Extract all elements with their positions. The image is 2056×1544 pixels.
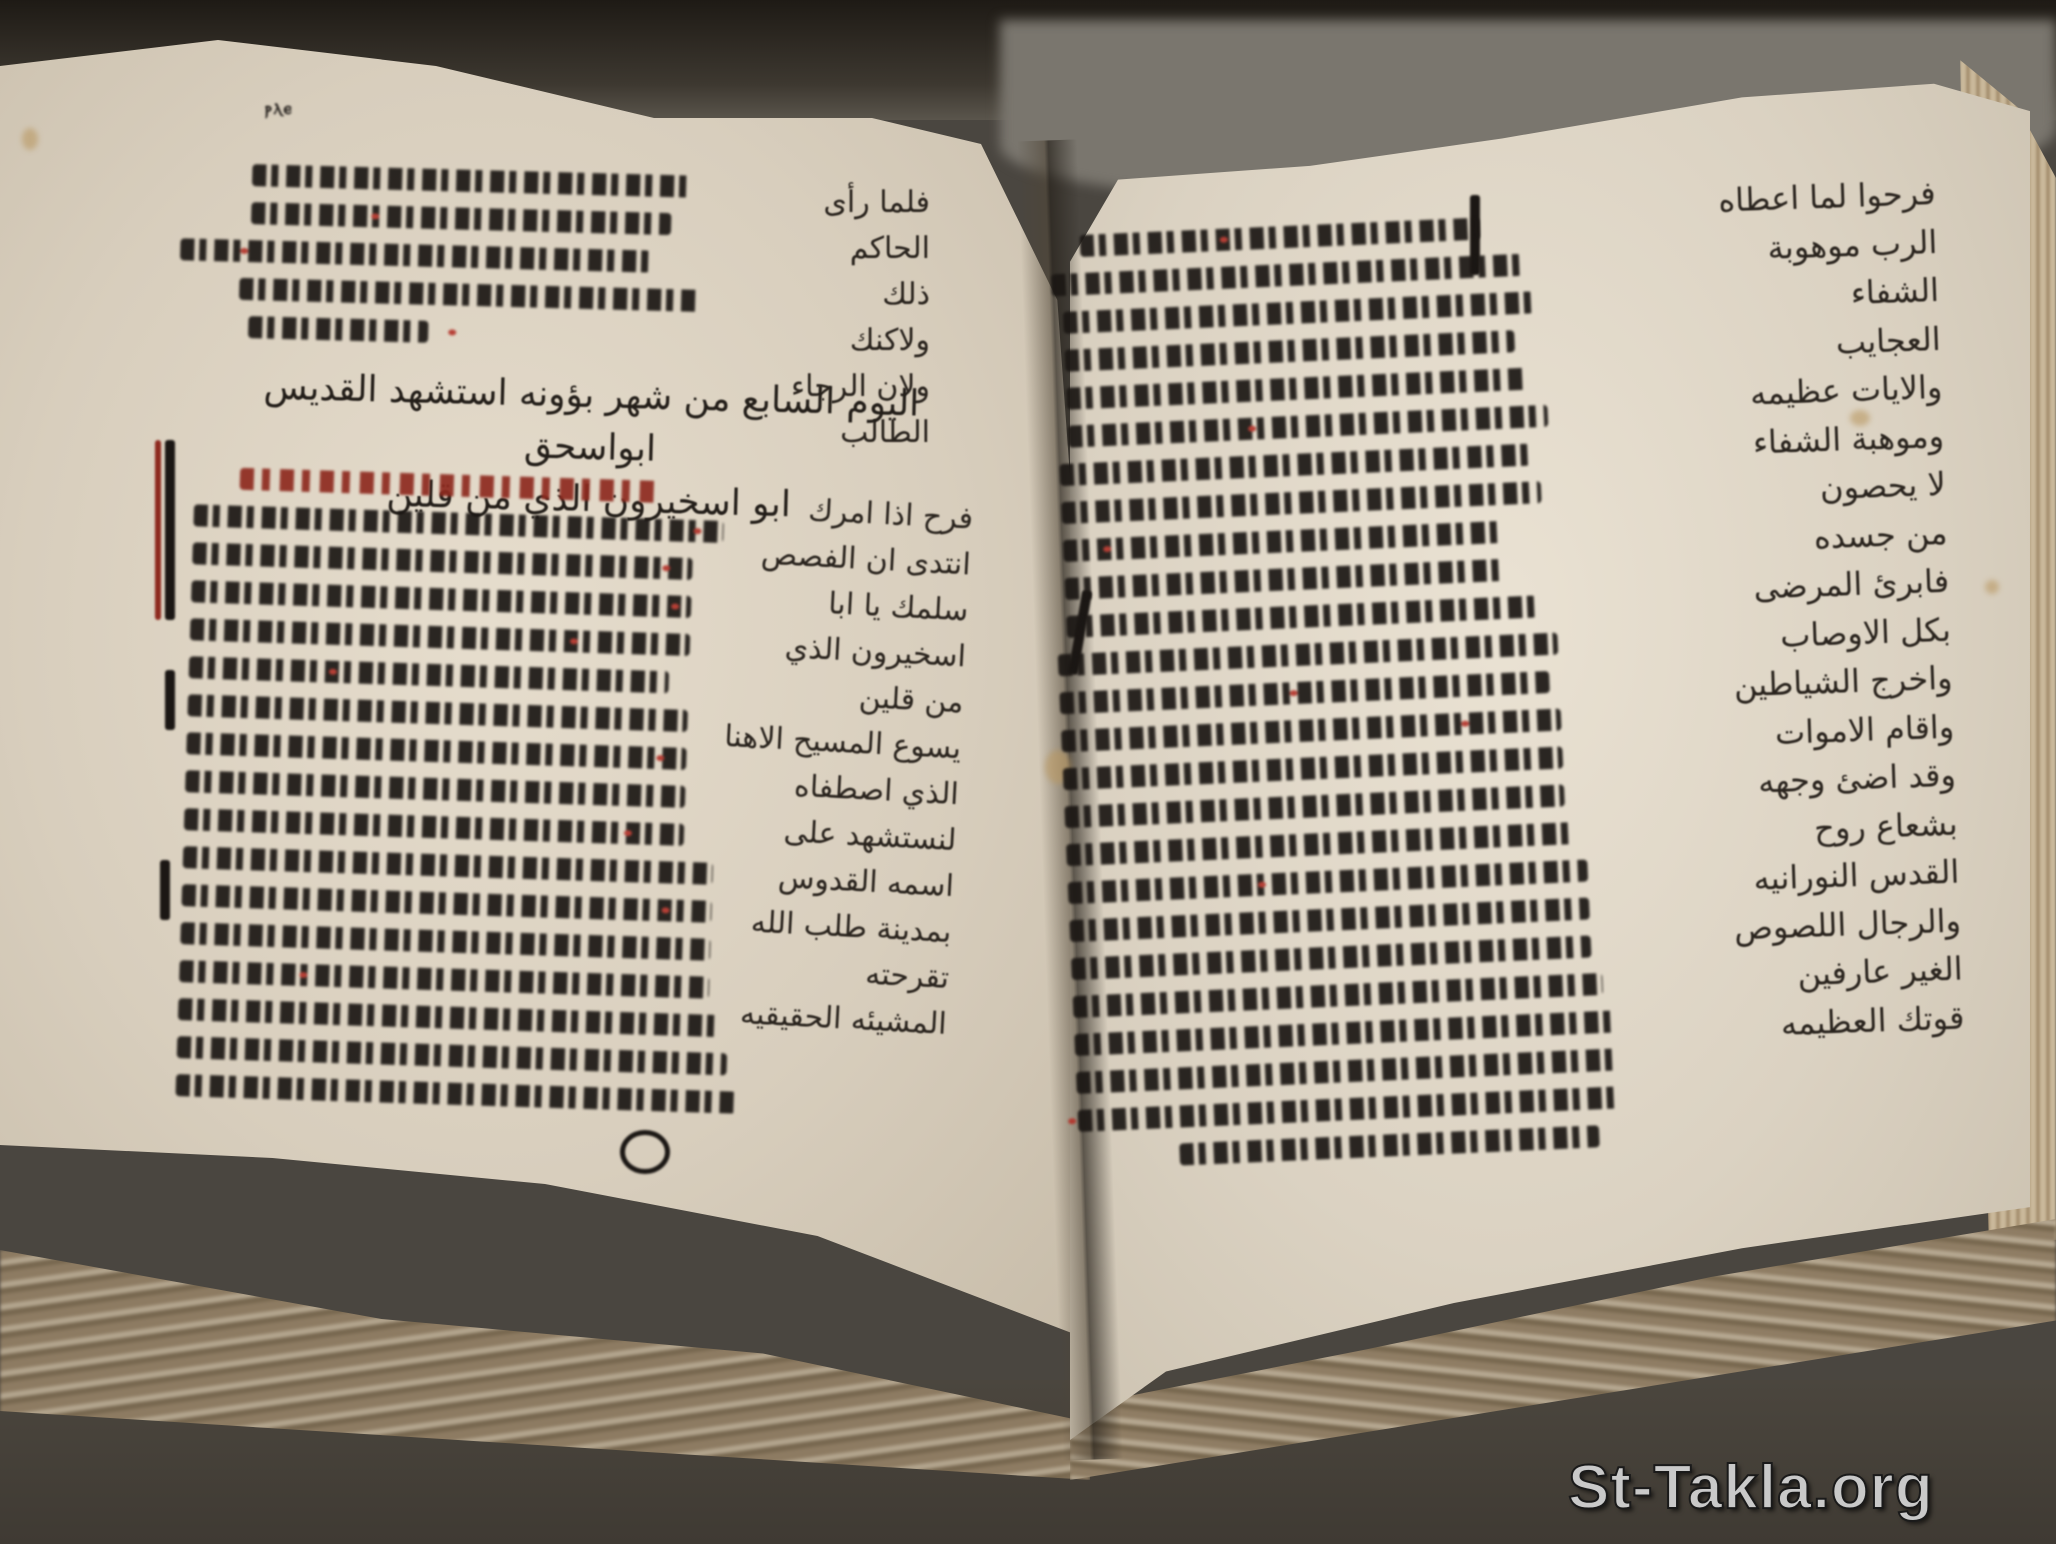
folio-number: ⲣⲗⲉ xyxy=(265,98,294,119)
page-stain xyxy=(1985,580,1999,594)
initial-letter-stroke xyxy=(160,860,170,920)
right-coptic-main xyxy=(1020,213,1621,1187)
initial-letter-red xyxy=(155,440,161,620)
initial-letter-stroke xyxy=(165,440,175,620)
page-stain xyxy=(22,128,38,150)
site-watermark: St-Takla.org xyxy=(1568,1452,1934,1523)
right-arabic-column: فرحوا لما اعطاه الرب موهوبة الشفاء العجا… xyxy=(1575,169,1965,1054)
left-coptic-main xyxy=(175,466,755,1129)
left-coptic-top xyxy=(248,164,703,366)
initial-letter-stroke xyxy=(165,670,175,730)
left-arabic-column: فرح اذا امرك انتدى ان الفصص سلمك يا ابا … xyxy=(706,484,975,1048)
end-ornament xyxy=(620,1130,670,1174)
